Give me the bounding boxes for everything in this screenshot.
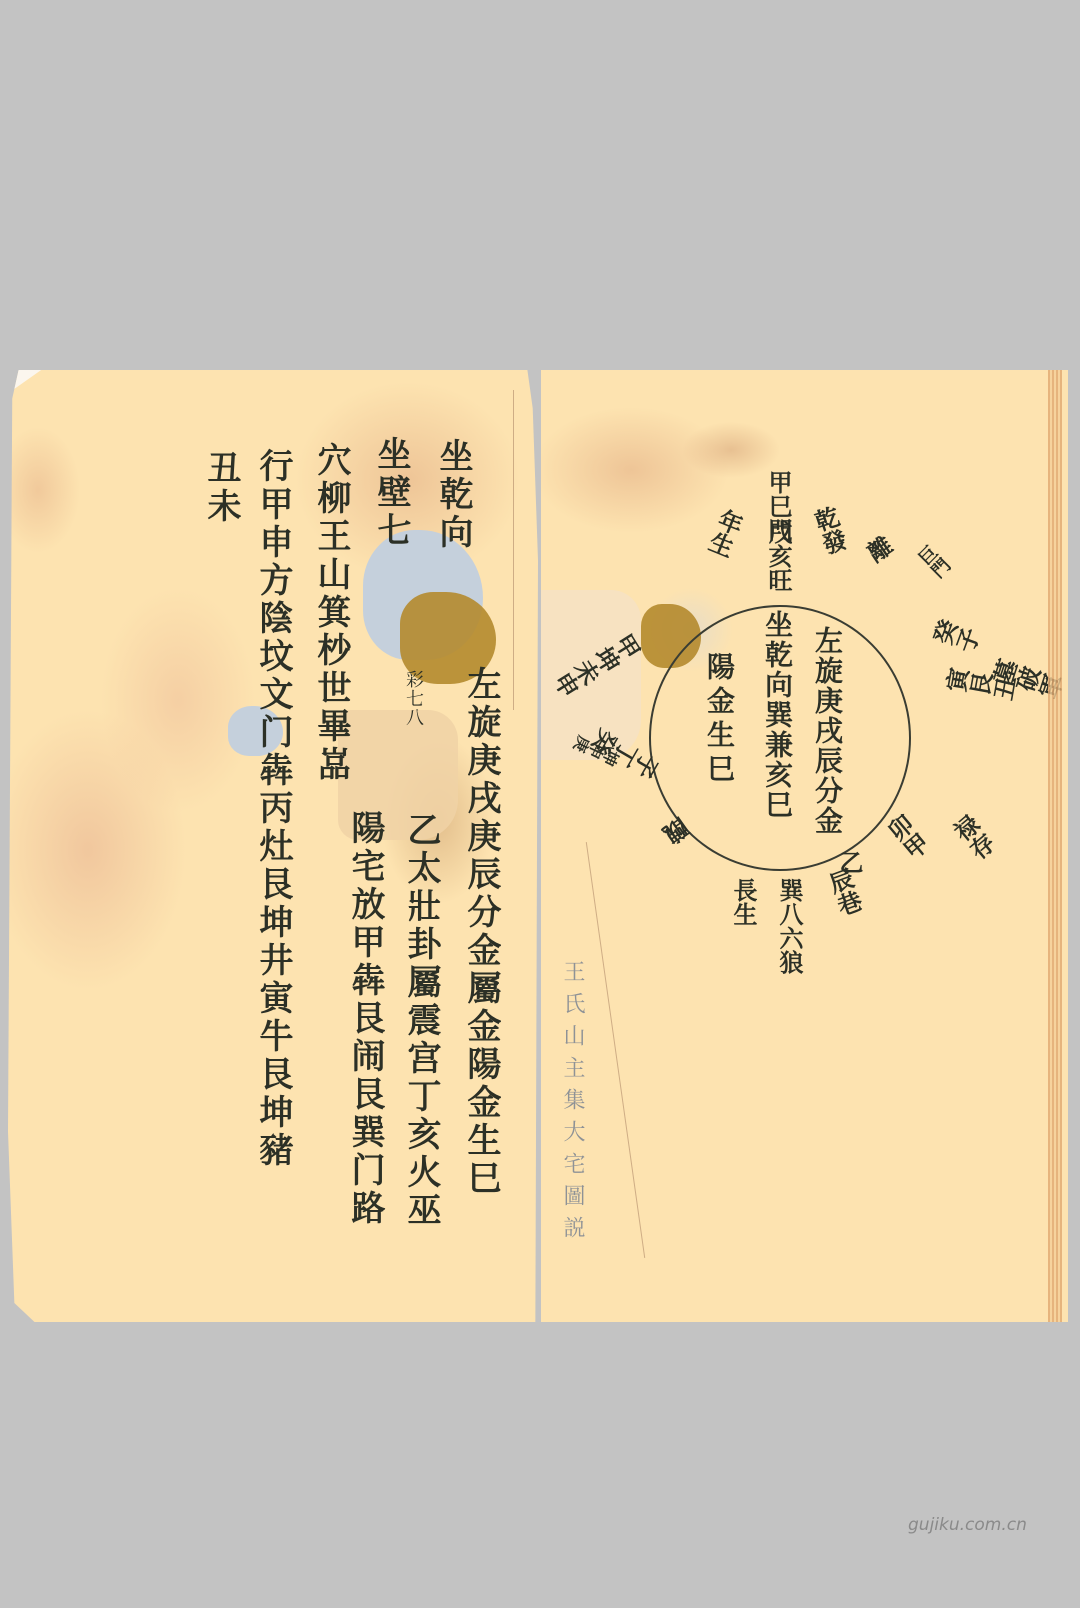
radial-label: 癸子 [929,619,982,658]
folded-corner [10,370,44,392]
radial-label: 戌亥旺 [766,520,790,592]
text-column: 丑未 [204,450,238,526]
radial-label: 乾發 [810,504,848,557]
text-column: 坐乾向 [436,438,470,552]
watermark: gujiku.com.cn [908,1515,1027,1535]
radial-label: 巽八六狼 [777,878,801,974]
circle-text: 左旋庚戌辰分金 [813,626,841,836]
faint-margin-note: 王氏山主集大宅圖説 [561,960,583,1248]
circle-text: 陽金生巳 [705,652,733,788]
radial-label: 乙 [837,850,861,874]
manuscript-spread: 坐乾向 坐壁七 穴柳王山箕杪世畢嵓 彩七八 左旋庚戌庚辰分金屬金陽金生巳 乙太壯… [6,370,1074,1322]
text-column: 坐壁七 [374,436,408,550]
text-column-annotation: 彩七八 [404,670,422,727]
text-column: 行甲申方陰坟文门犇丙灶艮坤井寅牛艮坤豬 [256,448,290,1170]
right-page: 左旋庚戌辰分金 坐乾向巽兼亥巳 陽金生巳 甲巳門 戌亥旺 乾發 離 年生 甲坤未… [541,370,1068,1322]
text-column: 乙太壯卦屬震宫丁亥火巫 [404,812,438,1230]
text-column: 穴柳王山箕杪世畢嵓 [314,442,348,784]
radial-label: 巨門 [914,544,952,582]
circle-text: 坐乾向巽兼亥巳 [763,610,791,820]
radial-label: 卯甲 [882,812,931,864]
radial-label: 年生 [704,506,744,559]
radial-label: 離 [861,533,894,566]
page-crack [513,390,514,710]
radial-label: 長生 [731,878,755,926]
text-column: 左旋庚戌庚辰分金屬金陽金生巳 [464,666,498,1198]
radial-label: 禄存 [948,812,997,864]
left-page: 坐乾向 坐壁七 穴柳王山箕杪世畢嵓 彩七八 左旋庚戌庚辰分金屬金陽金生巳 乙太壯… [8,370,538,1322]
page-crack [586,842,645,1258]
text-column: 陽宅放甲犇艮闹艮巽门路 [348,810,382,1228]
